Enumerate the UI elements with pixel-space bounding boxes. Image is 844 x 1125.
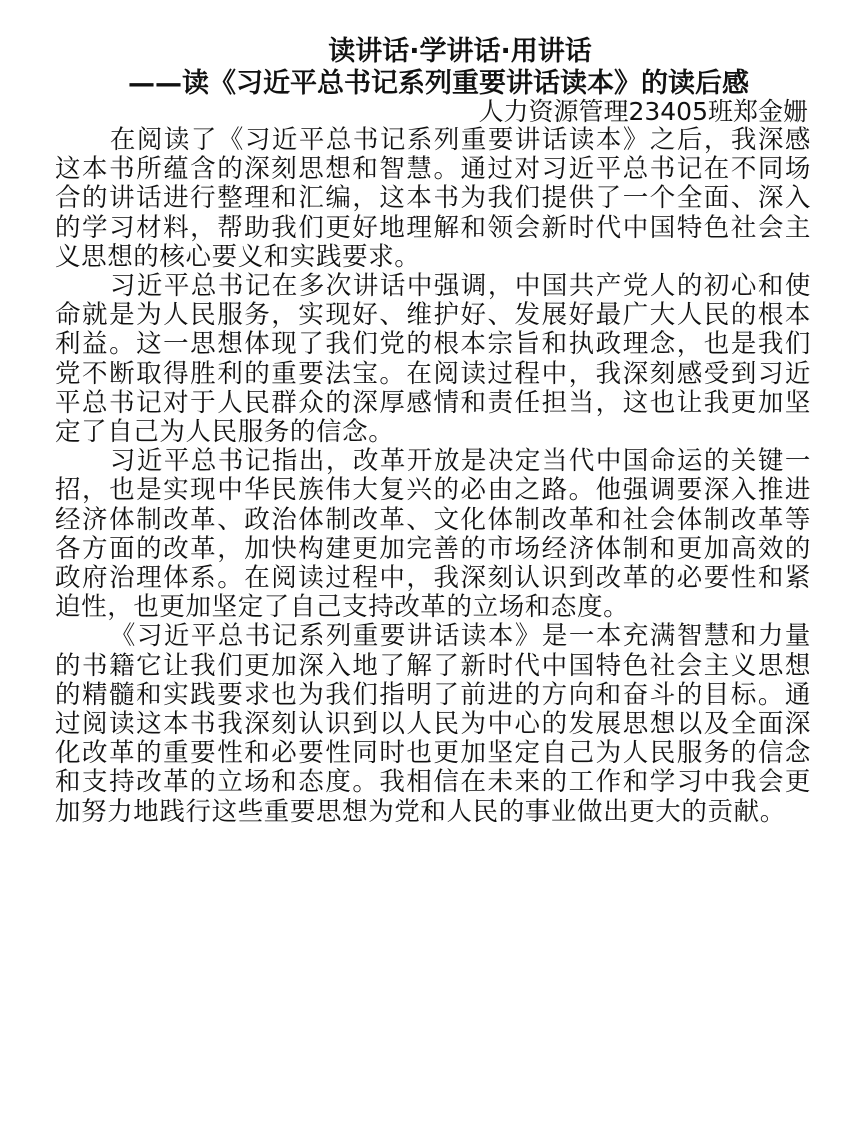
document-subtitle: ——读《习近平总书记系列重要讲话读本》的读后感 [128,68,808,100]
document-body: 在阅读了《习近平总书记系列重要讲话读本》之后，我深感这本书所蕴含的深刻思想和智慧… [55,126,811,827]
author-line: 人力资源管理23405班郑金姗 [478,97,808,127]
paragraph-1: 在阅读了《习近平总书记系列重要讲话读本》之后，我深感这本书所蕴含的深刻思想和智慧… [55,126,811,272]
paragraph-4: 《习近平总书记系列重要讲话读本》是一本充满智慧和力量的书籍它让我们更加深入地了解… [55,622,811,826]
paragraph-2: 习近平总书记在多次讲话中强调，中国共产党人的初心和使命就是为人民服务，实现好、维… [55,272,811,447]
paragraph-3: 习近平总书记指出，改革开放是决定当代中国命运的关键一招，也是实现中华民族伟大复兴… [55,447,811,622]
document-title: 读讲话·学讲话·用讲话 [300,36,620,68]
document-page: 读讲话·学讲话·用讲话 ——读《习近平总书记系列重要讲话读本》的读后感 人力资源… [0,0,844,1125]
